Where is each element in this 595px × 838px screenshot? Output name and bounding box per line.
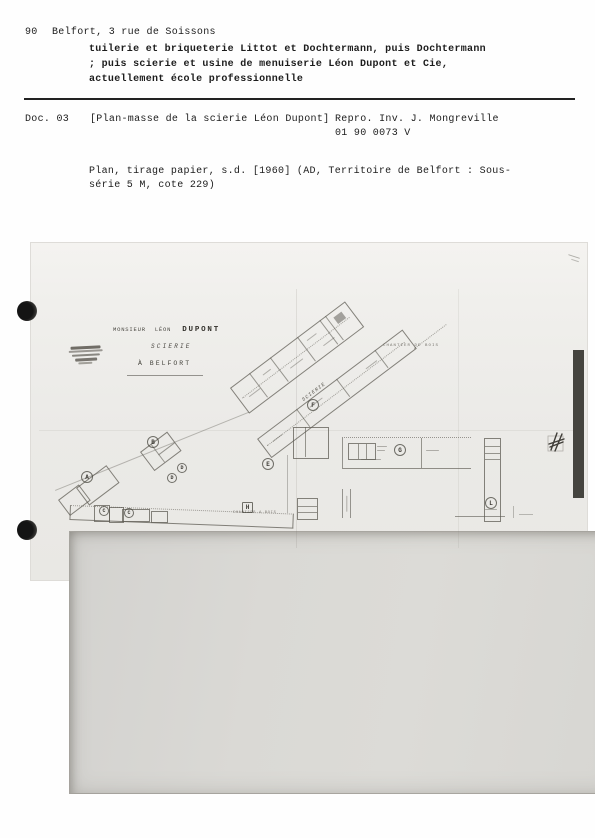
description-line: tuilerie et briqueterie Littot et Dochte… xyxy=(89,42,486,57)
repro-reference: 01 90 0073 V xyxy=(335,128,411,140)
doc-title: [Plan-masse de la scierie Léon Dupont] xyxy=(90,114,329,126)
entry-address: Belfort, 3 rue de Soissons xyxy=(52,27,216,39)
plan-sheet xyxy=(69,531,595,794)
doc-label: Doc. 03 xyxy=(25,114,69,126)
entry-description: tuilerie et briqueterie Littot et Dochte… xyxy=(89,42,486,87)
caption-line: série 5 M, cote 229) xyxy=(89,180,215,192)
description-line: ; puis scierie et usine de menuiserie Lé… xyxy=(89,57,486,72)
divider-rule xyxy=(24,98,575,100)
hole-punch-top xyxy=(17,301,37,321)
description-line: actuellement école professionnelle xyxy=(89,72,486,87)
repro-credit: Repro. Inv. J. Mongreville xyxy=(335,114,499,126)
entry-number: 90 xyxy=(25,27,38,39)
hole-punch-bottom xyxy=(17,520,37,540)
catalog-page: 90 Belfort, 3 rue de Soissons tuilerie e… xyxy=(0,0,595,838)
caption-line: Plan, tirage papier, s.d. [1960] (AD, Te… xyxy=(89,166,511,178)
plan-photo xyxy=(30,242,588,581)
dark-exposure-bar xyxy=(573,350,584,498)
